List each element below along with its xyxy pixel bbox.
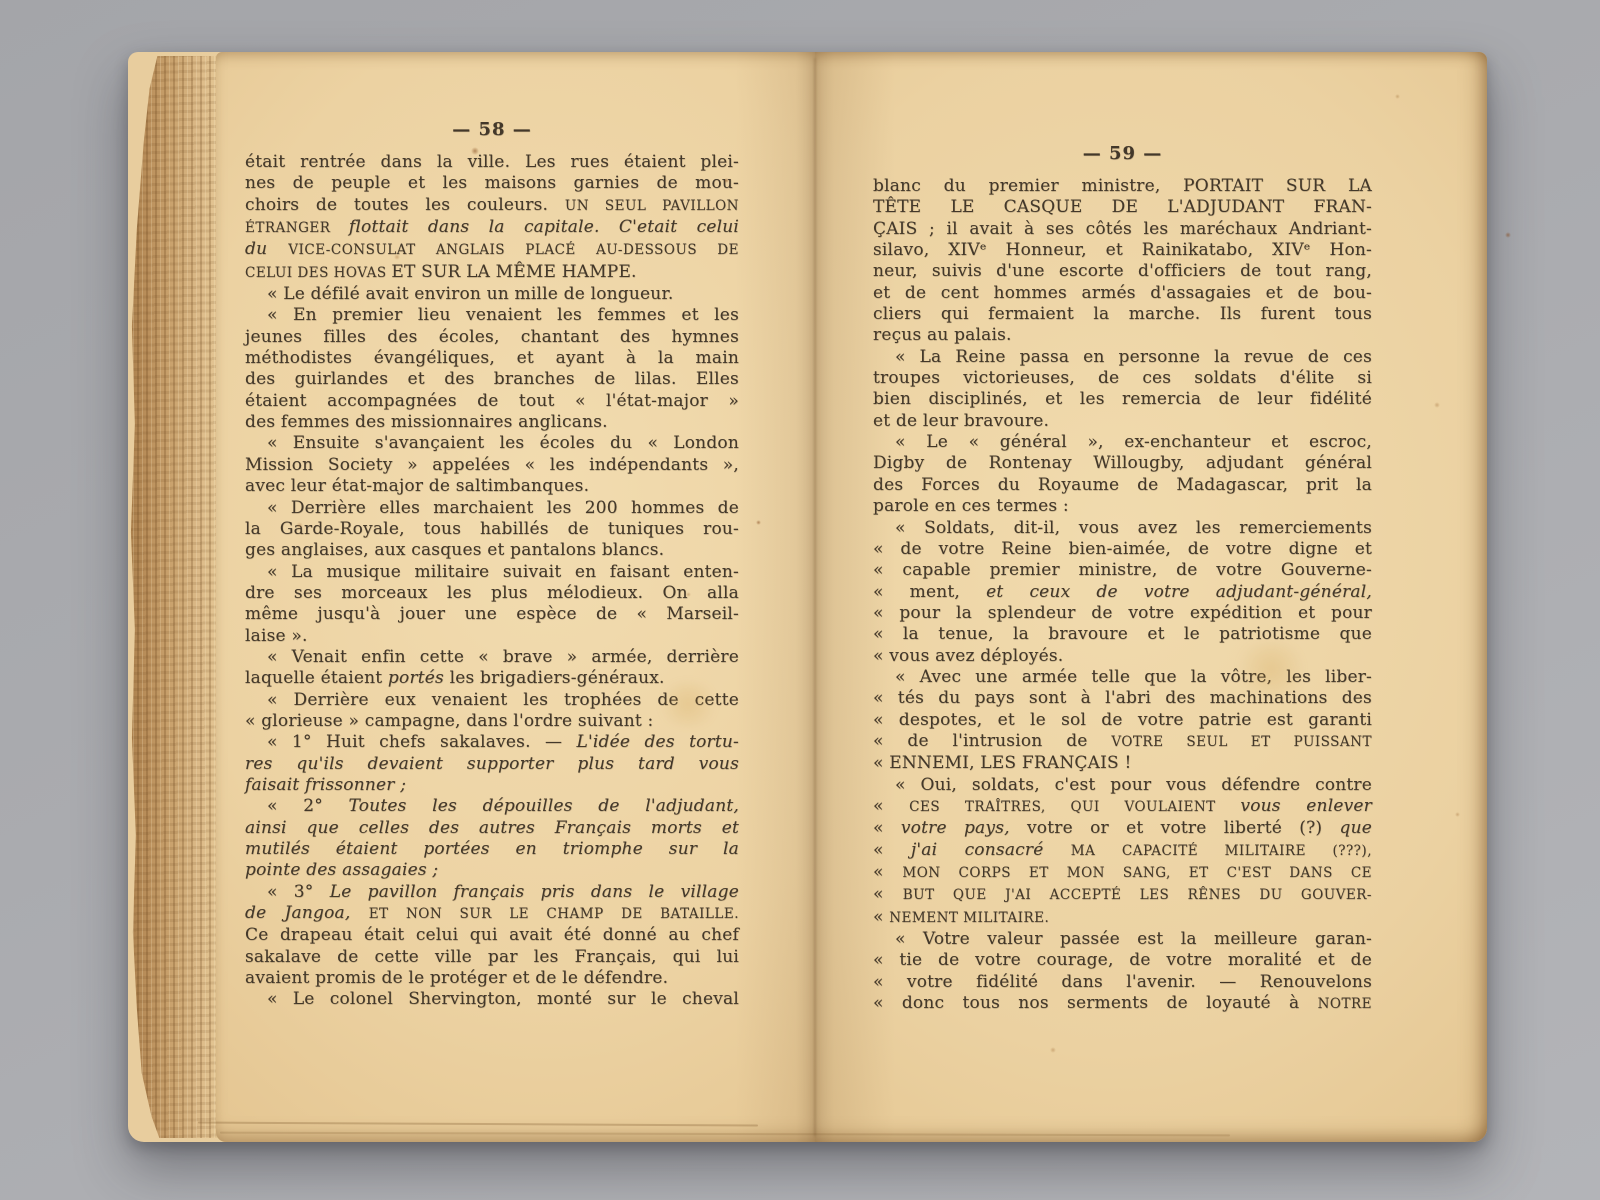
stain-spot: [1455, 812, 1460, 817]
stain-spot: [756, 520, 761, 525]
body-text: la Garde-Royale, tous habillés de tuniqu…: [245, 519, 739, 539]
body-text: « 1° Huit chefs sakalaves. —: [267, 732, 577, 752]
body-text: « Le « général », ex-enchanteur et escro…: [895, 432, 1372, 452]
text-line: Digby de Rontenay Willougby, adjudant gé…: [873, 453, 1372, 474]
text-line: « 2° Toutes les dépouilles de l'adjudant…: [245, 796, 739, 817]
body-text: des femmes des missionnaires anglicans.: [245, 412, 608, 432]
body-text: nes de peuple et les maisons garnies de …: [245, 173, 739, 193]
body-text: blanc du premier ministre, PORTAIT SUR L…: [873, 176, 1372, 196]
body-text: ET SUR LA MÊME HAMPE.: [391, 262, 636, 282]
text-line: « donc tous nos serments de loyauté à NO…: [873, 993, 1372, 1015]
smallcaps-text: CES TRAÎTRES, QUI VOULAIENT: [909, 799, 1240, 815]
italic-text: faisait frissonner ;: [245, 775, 406, 795]
body-text: « 3°: [267, 882, 330, 902]
body-text: «: [873, 818, 901, 838]
stain-spot: [1395, 94, 1400, 99]
body-text: même jusqu'à jouer une espèce de « Marse…: [245, 604, 739, 624]
body-text: dre ses morceaux les plus mélodieux. On …: [245, 583, 739, 603]
page-58: — 58 — était rentrée dans la ville. Les …: [216, 52, 815, 1142]
body-text: Ce drapeau était celui qui avait été don…: [245, 925, 739, 945]
body-text: laise ».: [245, 626, 308, 646]
text-line: pointe des assagaies ;: [245, 860, 739, 881]
body-text: « Soldats, dit-il, vous avez les remerci…: [895, 518, 1372, 538]
italic-text: flottait dans la capitale. C'etait celui: [349, 217, 739, 237]
text-line: ges anglaises, aux casques et pantalons …: [245, 540, 739, 561]
text-line: sakalave de cette ville par les Français…: [245, 947, 739, 968]
page-58-body-text: était rentrée dans la ville. Les rues ét…: [245, 152, 739, 1011]
stain-spot: [1050, 1047, 1056, 1053]
body-text: « de votre Reine bien-aimée, de votre di…: [873, 539, 1372, 559]
text-line: « La Reine passa en personne la revue de…: [873, 347, 1372, 368]
body-text: « La Reine passa en personne la revue de…: [895, 347, 1372, 367]
text-line: « 3° Le pavillon français pris dans le v…: [245, 882, 739, 903]
body-text: « donc tous nos serments de loyauté à: [873, 993, 1318, 1013]
text-line: « glorieuse » campagne, dans l'ordre sui…: [245, 711, 739, 732]
body-text: et de leur bravoure.: [873, 411, 1049, 431]
text-line: « 1° Huit chefs sakalaves. — L'idée des …: [245, 732, 739, 753]
body-text: « capable premier ministre, de votre Gou…: [873, 560, 1372, 580]
body-text: « Le colonel Shervington, monté sur le c…: [267, 989, 739, 1009]
body-text: « La musique militaire suivait en faisan…: [267, 562, 739, 582]
text-line: « Derrière eux venaient les trophées de …: [245, 690, 739, 711]
body-text: «: [873, 840, 911, 860]
body-text: jeunes filles des écoles, chantant des h…: [245, 327, 739, 347]
body-text: « Avec une armée telle que la vôtre, les…: [895, 667, 1372, 687]
text-line: des guirlandes et des branches de lilas.…: [245, 369, 739, 390]
text-line: « La musique militaire suivait en faisan…: [245, 562, 739, 583]
smallcaps-text: MA CAPACITÉ MILITAIRE (???),: [1071, 843, 1372, 859]
italic-text: mutilés étaient portées en triomphe sur …: [245, 839, 739, 859]
text-line: « pour la splendeur de votre expédition …: [873, 603, 1372, 624]
text-line: « MON CORPS ET MON SANG, ET C'EST DANS C…: [873, 862, 1372, 884]
text-line: « de votre Reine bien-aimée, de votre di…: [873, 539, 1372, 560]
page-number-58: — 58 —: [245, 119, 739, 140]
body-text: «: [873, 884, 903, 904]
body-text: « Derrière elles marchaient les 200 homm…: [267, 498, 739, 518]
text-line: res qu'ils devaient supporter plus tard …: [245, 754, 739, 775]
italic-text: Toutes les dépouilles de l'adjudant,: [349, 796, 739, 816]
smallcaps-text: CELUI DES HOVAS: [245, 265, 391, 281]
text-line: blanc du premier ministre, PORTAIT SUR L…: [873, 176, 1372, 197]
body-text: TÊTE LE CASQUE DE L'ADJUDANT FRAN-: [873, 197, 1372, 217]
text-line: « j'ai consacré MA CAPACITÉ MILITAIRE (?…: [873, 840, 1372, 862]
body-text: avec leur état-major de saltimbanques.: [245, 476, 589, 496]
body-text: « despotes, et le sol de votre patrie es…: [873, 710, 1372, 730]
body-text: « tie de votre courage, de votre moralit…: [873, 950, 1372, 970]
text-line: nes de peuple et les maisons garnies de …: [245, 173, 739, 194]
body-text: troupes victorieuses, de ces soldats d'é…: [873, 368, 1372, 388]
text-line: « Oui, soldats, c'est pour vous défendre…: [873, 775, 1372, 796]
italic-text: j'ai consacré: [911, 840, 1071, 860]
smallcaps-text: VOTRE SEUL ET PUISSANT: [1111, 734, 1372, 750]
text-line: étaient accompagnées de tout « l'état-ma…: [245, 391, 739, 412]
text-line: cliers qui fermaient la marche. Ils fure…: [873, 304, 1372, 325]
text-line: reçus au palais.: [873, 325, 1372, 346]
text-line: ÇAIS ; il avait à ses côtés les maréchau…: [873, 219, 1372, 240]
text-line: ÉTRANGER flottait dans la capitale. C'et…: [245, 217, 739, 239]
text-line: neur, suivis d'une escorte d'officiers d…: [873, 261, 1372, 282]
smallcaps-text: VICE-CONSULAT ANGLAIS PLACÉ AU-DESSOUS D…: [288, 242, 739, 258]
text-line: « de l'intrusion de VOTRE SEUL ET PUISSA…: [873, 731, 1372, 753]
italic-text: Le pavillon français pris dans le villag…: [330, 882, 739, 902]
text-line: avaient promis de le protéger et de le d…: [245, 968, 739, 989]
body-text: étaient accompagnées de tout « l'état-ma…: [245, 391, 739, 411]
text-line: « BUT QUE J'AI ACCEPTÉ LES RÊNES DU GOUV…: [873, 884, 1372, 906]
body-text: « Ensuite s'avançaient les écoles du « L…: [267, 433, 739, 453]
text-line: « la tenue, la bravoure et le patriotism…: [873, 624, 1372, 645]
text-line: mutilés étaient portées en triomphe sur …: [245, 839, 739, 860]
italic-text: que: [1340, 818, 1373, 838]
body-text: avaient promis de le protéger et de le d…: [245, 968, 668, 988]
smallcaps-text: NOTRE: [1318, 996, 1372, 1012]
page-58-text-column: — 58 — était rentrée dans la ville. Les …: [245, 119, 739, 1011]
photo-backdrop: — 58 — était rentrée dans la ville. Les …: [0, 0, 1600, 1200]
italic-text: du: [245, 239, 288, 259]
body-text: «: [873, 907, 889, 927]
text-line: « En premier lieu venaient les femmes et…: [245, 305, 739, 326]
body-text: «: [873, 862, 902, 882]
text-line: « Le colonel Shervington, monté sur le c…: [245, 989, 739, 1010]
body-text: « la tenue, la bravoure et le patriotism…: [873, 624, 1372, 644]
stain-spot: [1505, 232, 1511, 238]
text-line: Mission Society » appelées « les indépen…: [245, 455, 739, 476]
body-text: et de cent hommes armés d'assagaies et d…: [873, 283, 1372, 303]
body-text: bien disciplinés, et les remercia de leu…: [873, 389, 1372, 409]
body-text: « vous avez déployés.: [873, 646, 1063, 666]
body-text: était rentrée dans la ville. Les rues ét…: [245, 152, 739, 172]
text-line: « Le « général », ex-enchanteur et escro…: [873, 432, 1372, 453]
smallcaps-text: ET NON SUR LE CHAMP DE BATAILLE.: [369, 906, 739, 922]
text-line: « tés du pays sont à l'abri des machinat…: [873, 688, 1372, 709]
body-text: « tés du pays sont à l'abri des machinat…: [873, 688, 1372, 708]
smallcaps-text: UN SEUL PAVILLON: [565, 198, 739, 214]
smallcaps-text: BUT QUE J'AI ACCEPTÉ LES RÊNES DU GOUVER…: [903, 887, 1372, 903]
text-line: et de cent hommes armés d'assagaies et d…: [873, 283, 1372, 304]
text-line: bien disciplinés, et les remercia de leu…: [873, 389, 1372, 410]
italic-text: res qu'ils devaient supporter plus tard …: [245, 754, 739, 774]
body-text: des Forces du Royaume de Madagascar, pri…: [873, 475, 1372, 495]
text-line: méthodistes évangéliques, et ayant à la …: [245, 348, 739, 369]
body-text: laquelle étaient: [245, 668, 388, 688]
body-text: des guirlandes et des branches de lilas.…: [245, 369, 739, 389]
text-line: « Derrière elles marchaient les 200 homm…: [245, 498, 739, 519]
text-line: « ment, et ceux de votre adjudant-généra…: [873, 582, 1372, 603]
page-59: — 59 — blanc du premier ministre, PORTAI…: [815, 52, 1487, 1142]
page-number-59: — 59 —: [873, 143, 1372, 164]
text-line: « ENNEMI, LES FRANÇAIS !: [873, 753, 1372, 774]
text-line: était rentrée dans la ville. Les rues ét…: [245, 152, 739, 173]
body-text: silavo, XIVᵉ Honneur, et Rainikatabo, XI…: [873, 240, 1372, 260]
text-line: TÊTE LE CASQUE DE L'ADJUDANT FRAN-: [873, 197, 1372, 218]
italic-text: pointe des assagaies ;: [245, 860, 438, 880]
text-line: « capable premier ministre, de votre Gou…: [873, 560, 1372, 581]
text-line: « vous avez déployés.: [873, 646, 1372, 667]
text-line: « NEMENT MILITAIRE.: [873, 907, 1372, 929]
smallcaps-text: ÉTRANGER: [245, 220, 349, 236]
stain-spot: [1434, 402, 1440, 408]
body-text: ÇAIS ; il avait à ses côtés les maréchau…: [873, 219, 1372, 239]
body-text: « En premier lieu venaient les femmes et…: [267, 305, 739, 325]
body-text: « ment,: [873, 582, 986, 602]
text-line: même jusqu'à jouer une espèce de « Marse…: [245, 604, 739, 625]
body-text: « 2°: [267, 796, 349, 816]
text-line: « CES TRAÎTRES, QUI VOULAIENT vous enlev…: [873, 796, 1372, 818]
body-text: votre or et votre liberté (?): [1027, 818, 1340, 838]
body-text: « Derrière eux venaient les trophées de …: [267, 690, 739, 710]
body-text: « Oui, soldats, c'est pour vous défendre…: [895, 775, 1372, 795]
italic-text: et ceux de votre adjudant-général,: [986, 582, 1372, 602]
text-line: troupes victorieuses, de ces soldats d'é…: [873, 368, 1372, 389]
text-line: des femmes des missionnaires anglicans.: [245, 412, 739, 433]
body-text: « de l'intrusion de: [873, 731, 1111, 751]
body-text: reçus au palais.: [873, 325, 1012, 345]
text-line: de Jangoa, ET NON SUR LE CHAMP DE BATAIL…: [245, 903, 739, 925]
body-text: les brigadiers-généraux.: [444, 668, 665, 688]
text-line: ainsi que celles des autres Français mor…: [245, 818, 739, 839]
text-line: la Garde-Royale, tous habillés de tuniqu…: [245, 519, 739, 540]
page-59-text-column: — 59 — blanc du premier ministre, PORTAI…: [873, 143, 1372, 1015]
italic-text: L'idée des tortu-: [577, 732, 739, 752]
text-line: « Le défilé avait environ un mille de lo…: [245, 284, 739, 305]
body-text: « glorieuse » campagne, dans l'ordre sui…: [245, 711, 653, 731]
italic-text: ainsi que celles des autres Français mor…: [245, 818, 739, 838]
page-59-body-text: blanc du premier ministre, PORTAIT SUR L…: [873, 176, 1372, 1015]
body-text: neur, suivis d'une escorte d'officiers d…: [873, 261, 1372, 281]
body-text: choirs de toutes les couleurs.: [245, 195, 565, 215]
text-line: et de leur bravoure.: [873, 411, 1372, 432]
body-text: « votre fidélité dans l'avenir. — Renouv…: [873, 972, 1372, 992]
text-line: du VICE-CONSULAT ANGLAIS PLACÉ AU-DESSOU…: [245, 239, 739, 261]
body-text: cliers qui fermaient la marche. Ils fure…: [873, 304, 1372, 324]
italic-text: portés: [388, 668, 444, 688]
open-book: — 58 — était rentrée dans la ville. Les …: [128, 52, 1487, 1142]
text-line: parole en ces termes :: [873, 496, 1372, 517]
text-line: « Ensuite s'avançaient les écoles du « L…: [245, 433, 739, 454]
text-line: « Votre valeur passée est la meilleure g…: [873, 929, 1372, 950]
text-line: « votre fidélité dans l'avenir. — Renouv…: [873, 972, 1372, 993]
body-text: « Le défilé avait environ un mille de lo…: [267, 284, 674, 304]
italic-text: de Jangoa,: [245, 903, 369, 923]
body-text: Mission Society » appelées « les indépen…: [245, 455, 739, 475]
body-text: « ENNEMI, LES FRANÇAIS !: [873, 753, 1131, 773]
body-text: sakalave de cette ville par les Français…: [245, 947, 739, 967]
text-line: « votre pays, votre or et votre liberté …: [873, 818, 1372, 839]
text-line: avec leur état-major de saltimbanques.: [245, 476, 739, 497]
text-line: « Soldats, dit-il, vous avez les remerci…: [873, 518, 1372, 539]
smallcaps-text: MON CORPS ET MON SANG, ET C'EST DANS CE: [902, 865, 1372, 881]
text-line: CELUI DES HOVAS ET SUR LA MÊME HAMPE.: [245, 262, 739, 284]
text-line: « Venait enfin cette « brave » armée, de…: [245, 647, 739, 668]
text-line: laquelle étaient portés les brigadiers-g…: [245, 668, 739, 689]
text-line: des Forces du Royaume de Madagascar, pri…: [873, 475, 1372, 496]
text-line: silavo, XIVᵉ Honneur, et Rainikatabo, XI…: [873, 240, 1372, 261]
body-text: « Venait enfin cette « brave » armée, de…: [267, 647, 739, 667]
text-line: « despotes, et le sol de votre patrie es…: [873, 710, 1372, 731]
body-text: « Votre valeur passée est la meilleure g…: [895, 929, 1372, 949]
text-line: faisait frissonner ;: [245, 775, 739, 796]
body-text: « pour la splendeur de votre expédition …: [873, 603, 1372, 623]
body-text: ges anglaises, aux casques et pantalons …: [245, 540, 664, 560]
text-line: jeunes filles des écoles, chantant des h…: [245, 327, 739, 348]
text-line: « tie de votre courage, de votre moralit…: [873, 950, 1372, 971]
text-line: laise ».: [245, 626, 739, 647]
body-text: Digby de Rontenay Willougby, adjudant gé…: [873, 453, 1372, 473]
text-line: Ce drapeau était celui qui avait été don…: [245, 925, 739, 946]
body-text: méthodistes évangéliques, et ayant à la …: [245, 348, 739, 368]
text-line: choirs de toutes les couleurs. UN SEUL P…: [245, 195, 739, 217]
italic-text: votre pays,: [901, 818, 1027, 838]
smallcaps-text: NEMENT MILITAIRE.: [889, 910, 1049, 926]
body-text: parole en ces termes :: [873, 496, 1069, 516]
italic-text: vous enlever: [1240, 796, 1372, 816]
text-line: « Avec une armée telle que la vôtre, les…: [873, 667, 1372, 688]
body-text: «: [873, 796, 909, 816]
text-line: dre ses morceaux les plus mélodieux. On …: [245, 583, 739, 604]
page-edges-left: [128, 56, 226, 1138]
